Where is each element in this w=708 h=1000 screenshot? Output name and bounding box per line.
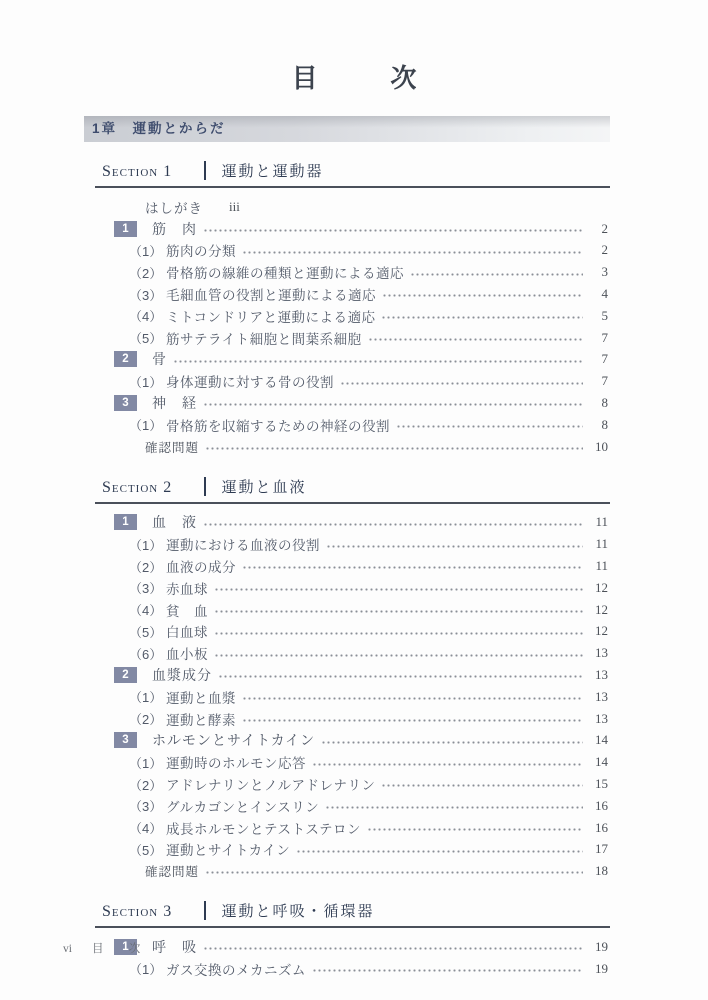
dot-leader: [218, 664, 583, 686]
toc-plain-row: 確認問題18: [84, 860, 610, 882]
item-label: 呼 吸: [152, 937, 197, 957]
toc-item-row: 3ホルモンとサイトカイン14: [84, 730, 610, 752]
page-number: 12: [590, 602, 608, 618]
toc-section: Section 2運動と血液1血 液11（1）運動における血液の役割11（2）血…: [84, 472, 610, 883]
toc-subitem-row: （5）白血球12: [84, 621, 610, 643]
dot-leader: [312, 751, 583, 773]
subitem-number: （1）: [129, 535, 166, 554]
footer-label: 目 次: [92, 943, 147, 955]
page-number: 12: [590, 623, 608, 639]
subitem-number: （1）: [129, 687, 166, 706]
subitem-number: （3）: [129, 578, 166, 597]
chapter-header-bar: 1章 運動とからだ: [84, 116, 610, 142]
toc-subitem-row: （3）毛細血管の役割と運動による適応4: [84, 283, 610, 305]
subitem-number: （2）: [129, 709, 166, 728]
dot-leader: [205, 860, 583, 882]
plain-label: 確認問題: [145, 438, 199, 456]
toc-subitem-row: （5）筋サテライト細胞と間葉系細胞7: [84, 327, 610, 349]
page-number: 19: [590, 939, 608, 955]
page-title: 目 次: [0, 58, 708, 95]
subitem-number: （1）: [129, 372, 166, 391]
subitem-number: （6）: [129, 644, 166, 663]
dot-leader: [242, 708, 583, 730]
dot-leader: [214, 599, 583, 621]
toc-subitem-row: （3）グルカゴンとインスリン16: [84, 795, 610, 817]
page-number: 14: [590, 754, 608, 770]
page-number: 17: [590, 841, 608, 857]
dot-leader: [382, 283, 583, 305]
dot-leader: [368, 327, 583, 349]
frontmatter-label: はしがき: [145, 197, 203, 217]
plain-label: 確認問題: [145, 862, 199, 880]
item-label: 骨: [152, 349, 167, 369]
page-number: 13: [590, 689, 608, 705]
toc-content: 1章 運動とからだ Section 1運動と運動器はしがきiii1筋 肉2（1）…: [84, 116, 610, 980]
toc-subitem-row: （1）骨格筋を収縮するための神経の役割8: [84, 414, 610, 436]
subitem-number: （1）: [129, 959, 166, 978]
subitem-label: 運動と酵素: [166, 709, 236, 729]
toc-section: Section 1運動と運動器はしがきiii1筋 肉2（1）筋肉の分類2（2）骨…: [84, 156, 610, 458]
item-label: 血漿成分: [152, 665, 212, 685]
frontmatter-page-number: iii: [229, 199, 240, 215]
toc-item-row: 1血 液11: [84, 512, 610, 534]
toc-subitem-row: （2）運動と酵素13: [84, 708, 610, 730]
dot-leader: [340, 370, 583, 392]
subitem-label: 赤血球: [166, 578, 208, 598]
toc-subitem-row: （1）運動における血液の役割11: [84, 533, 610, 555]
sections-container: Section 1運動と運動器はしがきiii1筋 肉2（1）筋肉の分類2（2）骨…: [84, 156, 610, 980]
page-number: 11: [590, 536, 608, 552]
subitem-label: 運動時のホルモン応答: [166, 752, 306, 772]
chapter-label: 1章 運動とからだ: [92, 121, 226, 136]
section-label: Section 1: [102, 163, 198, 181]
page-number: 18: [590, 863, 608, 879]
toc-plain-row: 確認問題10: [84, 436, 610, 458]
subitem-label: 身体運動に対する骨の役割: [166, 371, 334, 391]
subitem-label: 貧 血: [166, 600, 208, 620]
subitem-number: （5）: [129, 328, 166, 347]
toc-page: 目 次 1章 運動とからだ Section 1運動と運動器はしがきiii1筋 肉…: [0, 0, 708, 1000]
toc-item-row: 3神 経8: [84, 392, 610, 414]
section-divider-bar: [204, 477, 206, 496]
dot-leader: [203, 936, 583, 958]
dot-leader: [325, 795, 583, 817]
page-number: 4: [590, 286, 608, 302]
subitem-number: （1）: [129, 753, 166, 772]
page-number: 2: [590, 221, 608, 237]
dot-leader: [321, 730, 583, 752]
toc-subitem-row: （4）貧 血12: [84, 599, 610, 621]
toc-item-row: 1呼 吸19: [84, 936, 610, 958]
item-number-badge: 3: [114, 732, 137, 748]
item-number-badge: 1: [114, 514, 137, 530]
toc-subitem-row: （1）身体運動に対する骨の役割7: [84, 370, 610, 392]
subitem-number: （1）: [129, 415, 166, 434]
toc-subitem-row: （1）運動と血漿13: [84, 686, 610, 708]
page-number: 7: [590, 373, 608, 389]
item-label: 神 経: [152, 393, 197, 413]
subitem-number: （2）: [129, 775, 166, 794]
subitem-label: 運動とサイトカイン: [166, 839, 290, 859]
subitem-label: 白血球: [166, 621, 208, 641]
section-header: Section 3運動と呼吸・循環器: [95, 896, 610, 928]
subitem-label: アドレナリンとノルアドレナリン: [166, 774, 375, 794]
subitem-number: （4）: [129, 306, 166, 325]
page-number: 11: [590, 514, 608, 530]
dot-leader: [312, 958, 583, 980]
dot-leader: [242, 555, 583, 577]
dot-leader: [203, 512, 583, 534]
dot-leader: [173, 349, 583, 371]
dot-leader: [381, 305, 583, 327]
page-number: 14: [590, 732, 608, 748]
item-number-badge: 2: [114, 667, 137, 683]
footer-page-number: vi: [63, 943, 72, 955]
page-number: 7: [590, 351, 608, 367]
item-label: 筋 肉: [152, 219, 197, 239]
page-number: 5: [590, 308, 608, 324]
page-number: 19: [590, 961, 608, 977]
dot-leader: [203, 392, 583, 414]
page-number: 7: [590, 330, 608, 346]
section-title: 運動と運動器: [222, 160, 324, 181]
subitem-label: 成長ホルモンとテストステロン: [166, 818, 361, 838]
dot-leader: [410, 261, 583, 283]
toc-rows: 1血 液11（1）運動における血液の役割11（2）血液の成分11（3）赤血球12…: [84, 504, 610, 883]
subitem-number: （3）: [129, 285, 166, 304]
subitem-label: ミトコンドリアと運動による適応: [166, 306, 375, 326]
page-number: 2: [590, 242, 608, 258]
toc-rows: 1呼 吸19（1）ガス交換のメカニズム19: [84, 928, 610, 980]
subitem-label: グルカゴンとインスリン: [166, 796, 319, 816]
toc-subitem-row: （2）血液の成分11: [84, 555, 610, 577]
subitem-label: 運動における血液の役割: [166, 534, 320, 554]
toc-subitem-row: （1）ガス交換のメカニズム19: [84, 958, 610, 980]
dot-leader: [214, 621, 583, 643]
page-number: 16: [590, 820, 608, 836]
section-divider-bar: [204, 901, 206, 920]
dot-leader: [205, 436, 583, 458]
subitem-label: 毛細血管の役割と運動による適応: [166, 284, 376, 304]
page-number: 11: [590, 558, 608, 574]
toc-section: Section 3運動と呼吸・循環器1呼 吸19（1）ガス交換のメカニズム19: [84, 896, 610, 980]
dot-leader: [242, 240, 583, 262]
item-number-badge: 2: [114, 351, 137, 367]
section-title: 運動と呼吸・循環器: [222, 900, 375, 921]
item-label: 血 液: [152, 512, 197, 532]
page-number: 12: [590, 580, 608, 596]
subitem-label: 筋肉の分類: [166, 240, 236, 260]
subitem-number: （2）: [129, 263, 166, 282]
section-label: Section 2: [102, 479, 198, 497]
item-number-badge: 1: [114, 221, 137, 237]
subitem-number: （5）: [129, 840, 166, 859]
page-number: 10: [590, 439, 608, 455]
subitem-label: 血液の成分: [166, 556, 236, 576]
toc-item-row: 2骨7: [84, 349, 610, 371]
subitem-label: 骨格筋を収縮するための神経の役割: [166, 415, 390, 435]
page-number: 8: [590, 395, 608, 411]
toc-subitem-row: （4）ミトコンドリアと運動による適応5: [84, 305, 610, 327]
page-number: 13: [590, 667, 608, 683]
subitem-label: 骨格筋の線維の種類と運動による適応: [166, 262, 404, 282]
section-header: Section 1運動と運動器: [95, 156, 610, 188]
dot-leader: [396, 414, 583, 436]
dot-leader: [296, 839, 583, 861]
subitem-number: （5）: [129, 622, 166, 641]
section-label: Section 3: [102, 903, 198, 921]
subitem-number: （2）: [129, 557, 166, 576]
item-number-badge: 3: [114, 395, 137, 411]
dot-leader: [326, 533, 583, 555]
toc-item-row: 2血漿成分13: [84, 664, 610, 686]
page-number: 13: [590, 645, 608, 661]
dot-leader: [214, 577, 583, 599]
toc-item-row: 1筋 肉2: [84, 218, 610, 240]
toc-subitem-row: （1）筋肉の分類2: [84, 240, 610, 262]
subitem-label: 血小板: [166, 643, 208, 663]
section-header: Section 2運動と血液: [95, 472, 610, 504]
subitem-label: ガス交換のメカニズム: [166, 959, 306, 979]
subitem-label: 筋サテライト細胞と間葉系細胞: [166, 328, 362, 348]
page-number: 3: [590, 264, 608, 280]
toc-rows: はしがきiii1筋 肉2（1）筋肉の分類2（2）骨格筋の線維の種類と運動による適…: [84, 188, 610, 458]
subitem-number: （1）: [129, 241, 166, 260]
item-label: ホルモンとサイトカイン: [152, 730, 315, 750]
toc-subitem-row: （2）骨格筋の線維の種類と運動による適応3: [84, 261, 610, 283]
subitem-number: （4）: [129, 818, 166, 837]
page-number: 16: [590, 798, 608, 814]
toc-subitem-row: （4）成長ホルモンとテストステロン16: [84, 817, 610, 839]
section-title: 運動と血液: [222, 476, 307, 497]
section-divider-bar: [204, 161, 206, 180]
page-number: 15: [590, 776, 608, 792]
subitem-number: （4）: [129, 600, 166, 619]
toc-subitem-row: （3）赤血球12: [84, 577, 610, 599]
page-number: 13: [590, 711, 608, 727]
dot-leader: [242, 686, 583, 708]
subitem-label: 運動と血漿: [166, 687, 236, 707]
toc-subitem-row: （2）アドレナリンとノルアドレナリン15: [84, 773, 610, 795]
subitem-number: （3）: [129, 796, 166, 815]
toc-subitem-row: （5）運動とサイトカイン17: [84, 839, 610, 861]
page-footer: vi目 次: [63, 940, 147, 956]
frontmatter-row: はしがきiii: [84, 196, 610, 218]
dot-leader: [381, 773, 583, 795]
dot-leader: [367, 817, 583, 839]
toc-subitem-row: （1）運動時のホルモン応答14: [84, 751, 610, 773]
dot-leader: [214, 642, 583, 664]
toc-subitem-row: （6）血小板13: [84, 642, 610, 664]
page-number: 8: [590, 417, 608, 433]
dot-leader: [203, 218, 583, 240]
